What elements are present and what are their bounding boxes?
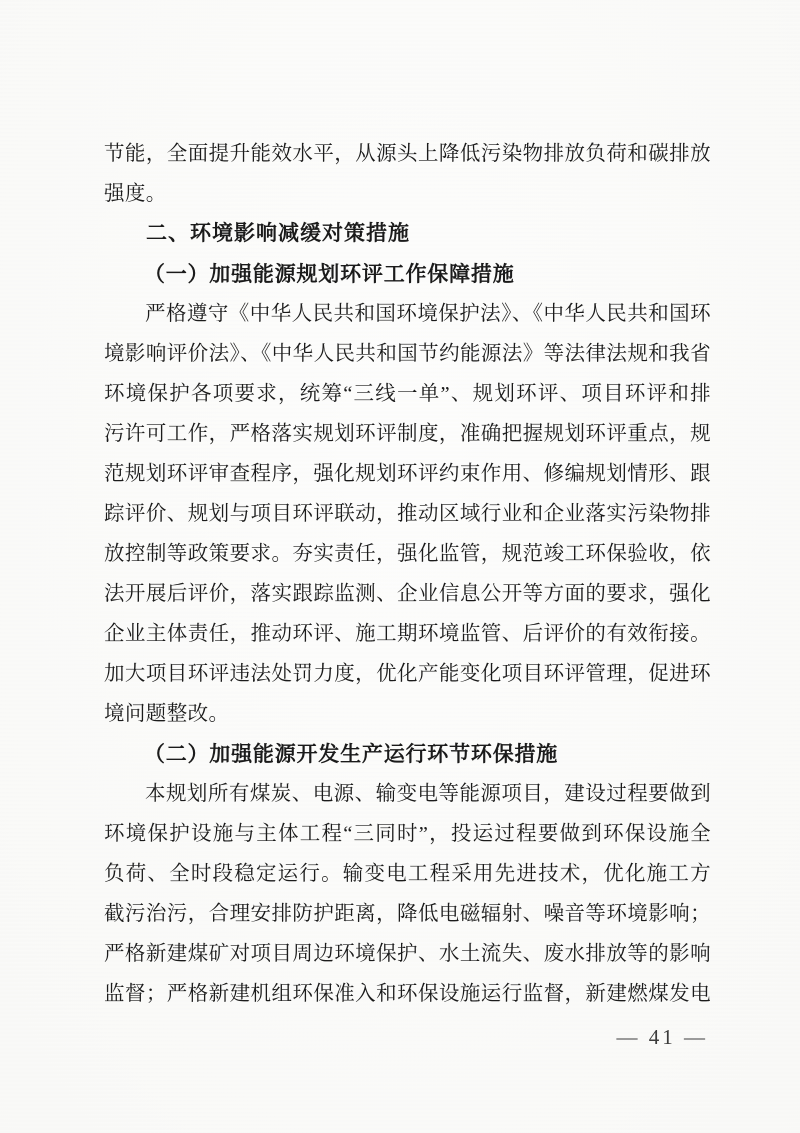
document-page: 节能，全面提升能效水平，从源头上降低污染物排放负荷和碳排放 强度。 二、环境影响… bbox=[0, 0, 800, 1133]
body-line: 节能，全面提升能效水平，从源头上降低污染物排放负荷和碳排放 bbox=[104, 134, 711, 174]
body-line: 污许可工作，严格落实规划环评制度，准确把握规划环评重点，规 bbox=[104, 414, 711, 454]
page-number: — 41 — bbox=[617, 1024, 709, 1050]
body-line: 法开展后评价，落实跟踪监测、企业信息公开等方面的要求，强化 bbox=[104, 574, 711, 614]
body-line: 加大项目环评违法处罚力度，优化产能变化项目环评管理，促进环 bbox=[104, 654, 711, 694]
body-line: 严格新建煤矿对项目周边环境保护、水土流失、废水排放等的影响 bbox=[104, 934, 711, 974]
body-line: 本规划所有煤炭、电源、输变电等能源项目，建设过程要做到 bbox=[104, 774, 711, 814]
body-line: 踪评价、规划与项目环评联动，推动区域行业和企业落实污染物排 bbox=[104, 494, 711, 534]
body-line: 监督；严格新建机组环保准入和环保设施运行监督，新建燃煤发电 bbox=[104, 974, 711, 1014]
document-body: 节能，全面提升能效水平，从源头上降低污染物排放负荷和碳排放 强度。 二、环境影响… bbox=[104, 134, 711, 1014]
body-line: 环境保护各项要求，统筹“三线一单”、规划环评、项目环评和排 bbox=[104, 374, 711, 414]
body-line: 负荷、全时段稳定运行。输变电工程采用先进技术，优化施工方式， bbox=[104, 854, 711, 894]
body-line: 严格遵守《中华人民共和国环境保护法》、《中华人民共和国环 bbox=[104, 294, 711, 334]
section-2-heading: （二）加强能源开发生产运行环节环保措施 bbox=[104, 734, 711, 774]
chapter-heading: 二、环境影响减缓对策措施 bbox=[104, 214, 711, 254]
body-line: 企业主体责任，推动环评、施工期环境监管、后评价的有效衔接。 bbox=[104, 614, 711, 654]
body-line: 境问题整改。 bbox=[104, 694, 711, 734]
body-line: 环境保护设施与主体工程“三同时”，投运过程要做到环保设施全 bbox=[104, 814, 711, 854]
section-1-heading: （一）加强能源规划环评工作保障措施 bbox=[104, 254, 711, 294]
body-line: 放控制等政策要求。夯实责任，强化监管，规范竣工环保验收，依 bbox=[104, 534, 711, 574]
body-line: 截污治污，合理安排防护距离，降低电磁辐射、噪音等环境影响； bbox=[104, 894, 711, 934]
body-line: 境影响评价法》、《中华人民共和国节约能源法》等法律法规和我省 bbox=[104, 334, 711, 374]
body-line: 强度。 bbox=[104, 174, 711, 214]
body-line: 范规划环评审查程序，强化规划环评约束作用、修编规划情形、跟 bbox=[104, 454, 711, 494]
